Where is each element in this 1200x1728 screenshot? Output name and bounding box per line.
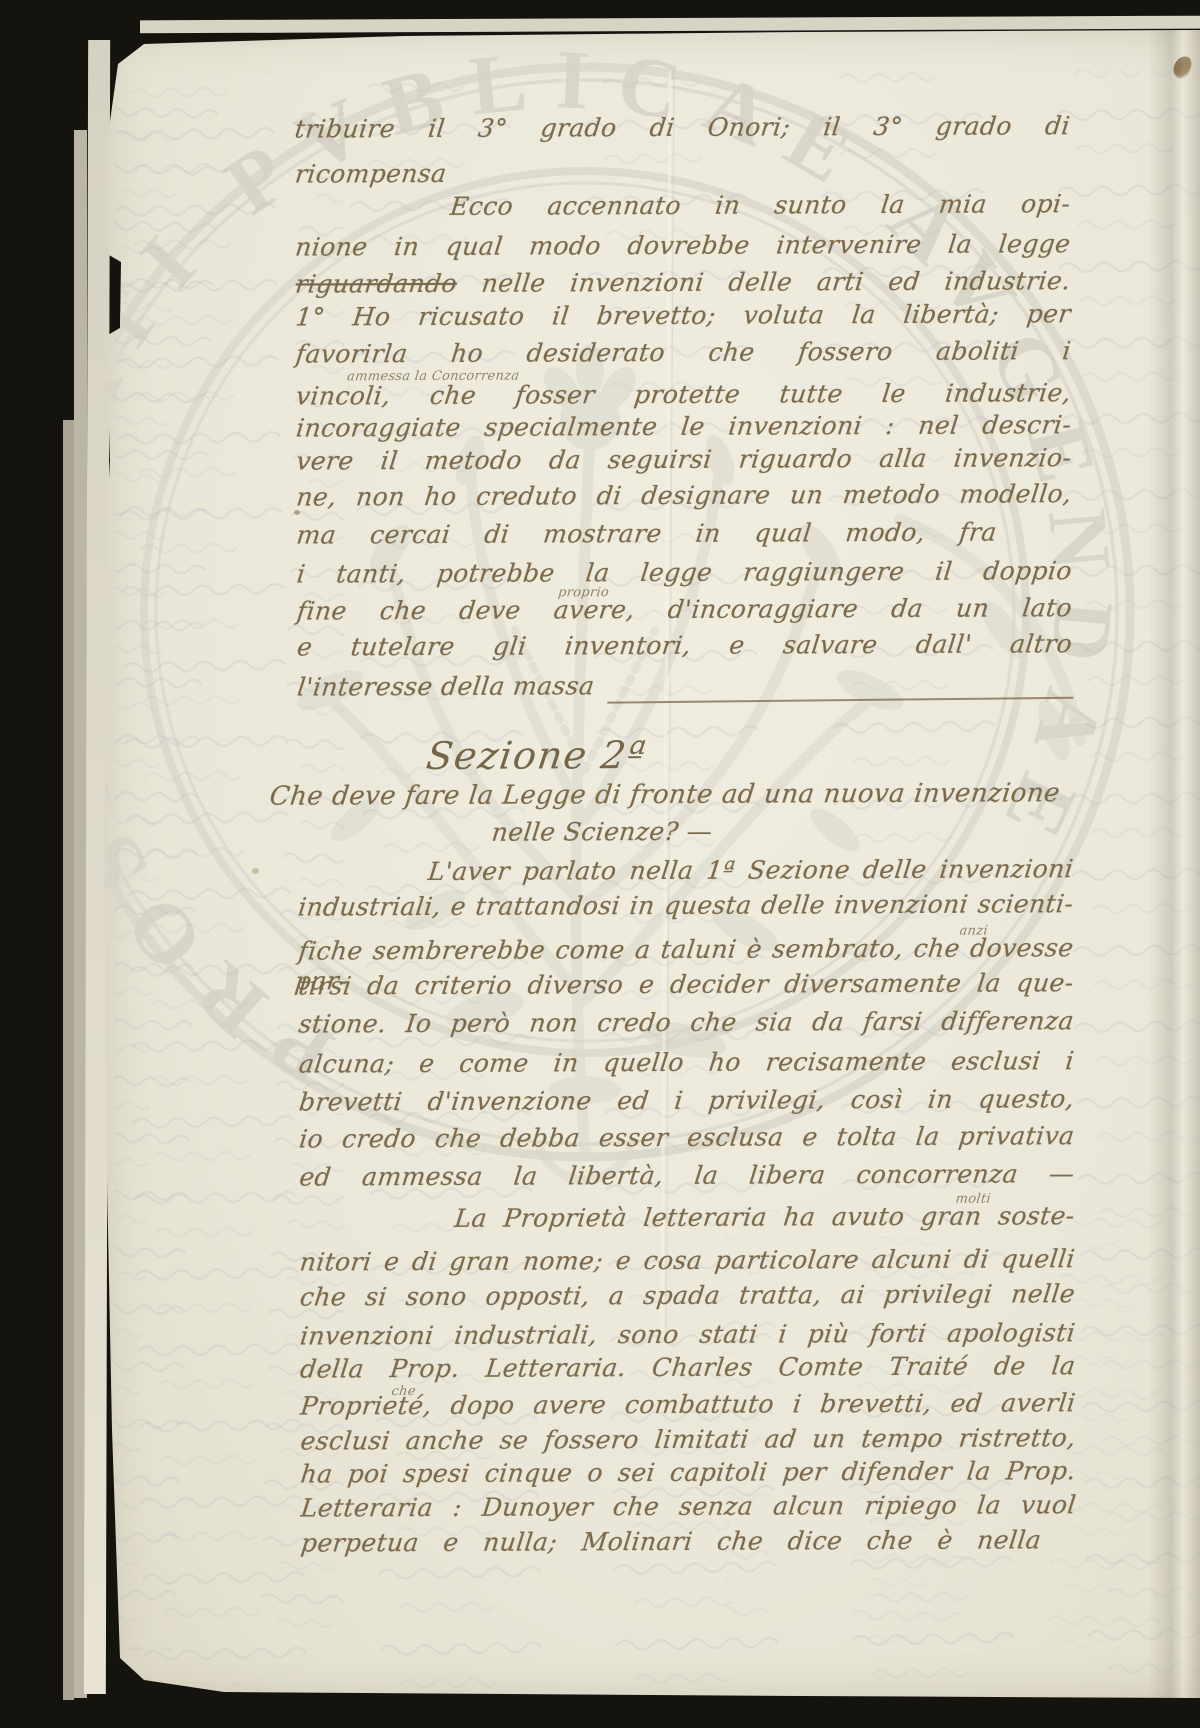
handwriting-line: tirsi da criterio diverso e decider dive… — [297, 968, 1076, 1001]
underlying-page-edge — [63, 420, 74, 1700]
paragraph-end-rule — [607, 697, 1073, 704]
handwriting-line: ed ammessa la libertà, la libera concorr… — [298, 1159, 1077, 1192]
foxing-speck — [294, 510, 300, 515]
handwriting-line: favorirla ho desiderato che fossero abol… — [294, 336, 1073, 369]
handwriting-line: tribuire il 3° grado di Onori; il 3° gra… — [293, 111, 1072, 144]
handwriting-line: nitori e di gran nome; e cosa particolar… — [298, 1244, 1077, 1277]
handwriting-line: Letteraria : Dunoyer che senza alcun rip… — [299, 1490, 1078, 1523]
handwriting-line: La Proprietà letteraria ha avuto gran so… — [453, 1201, 1077, 1234]
handwriting-line: Ecco accennato in sunto la mia opi- — [449, 189, 1073, 222]
scanned-manuscript-photo: PROSPERITATI PVBLICAE AVGENDAE — [0, 0, 1200, 1728]
handwriting-span: nelle invenzioni delle arti ed industrie… — [480, 266, 1072, 298]
handwriting-line: industriali, e trattandosi in questa del… — [297, 889, 1076, 922]
handwriting-line: riguardando nelle invenzioni delle arti … — [294, 266, 1073, 299]
handwriting-line: ma cercai di mostrare in qual modo, fra — [295, 517, 999, 550]
handwriting-line: 1° Ho ricusato il brevetto; voluta la li… — [294, 299, 1073, 332]
handwriting-line: alcuna; e come in quello ho recisamente … — [297, 1046, 1076, 1079]
handwriting-line: nelle Scienze? — — [200, 815, 1004, 849]
handwriting-line: vincoli, che fosser protette tutte le in… — [294, 378, 1073, 411]
handwritten-text-block: tribuire il 3° grado di Onori; il 3° gra… — [100, 28, 1200, 1701]
handwriting-line: perpetua e nulla; Molinari che dice che … — [299, 1525, 1043, 1558]
handwriting-line: e tutelare gli inventori, e salvare dall… — [295, 629, 1074, 662]
handwriting-line: invenzioni industriali, sono stati i più… — [298, 1318, 1077, 1351]
section-heading: Sezione 2ª — [424, 735, 649, 776]
struck-word: riguardando — [294, 269, 459, 299]
handwriting-line: Che deve fare la Legge di fronte ad una … — [268, 778, 1062, 811]
page-fold-shadow — [1148, 30, 1200, 1698]
handwriting-line: io credo che debba esser esclusa e tolta… — [298, 1121, 1077, 1154]
manuscript-page: PROSPERITATI PVBLICAE AVGENDAE — [104, 30, 1200, 1698]
foxing-speck — [252, 868, 259, 874]
handwriting-line: ha poi spesi cinque o sei capitoli per d… — [299, 1456, 1078, 1489]
handwriting-line: Proprieté, dopo avere combattuto i breve… — [299, 1388, 1078, 1421]
handwriting-line: incoraggiate specialmente le invenzioni … — [294, 410, 1073, 443]
handwriting-line: brevetti d'invenzione ed i privilegi, co… — [297, 1084, 1076, 1117]
underlying-page-edge — [140, 16, 1200, 34]
handwriting-line: L'aver parlato nella 1ª Sezione delle in… — [426, 854, 1075, 887]
handwriting-line: l'interesse della massa — [296, 671, 597, 702]
handwriting-line: ricompensa — [293, 159, 448, 190]
handwriting-line: che si sono opposti, a spada tratta, ai … — [298, 1279, 1077, 1312]
handwriting-line: vere il metodo da seguirsi riguardo alla… — [295, 443, 1074, 476]
handwriting-line: i tanti, potrebbe la legge raggiungere i… — [295, 556, 1074, 589]
handwriting-line: ne, non ho creduto di designare un metod… — [295, 479, 1074, 512]
handwriting-line: della Prop. Letteraria. Charles Comte Tr… — [299, 1351, 1078, 1384]
handwriting-line: stione. Io però non credo che sia da far… — [297, 1006, 1076, 1039]
handwriting-line: esclusi anche se fossero limitati ad un … — [299, 1423, 1078, 1456]
handwriting-line: fine che deve avere, d'incoraggiare da u… — [295, 593, 1074, 626]
handwriting-line: nione in qual modo dovrebbe intervenire … — [294, 229, 1073, 262]
